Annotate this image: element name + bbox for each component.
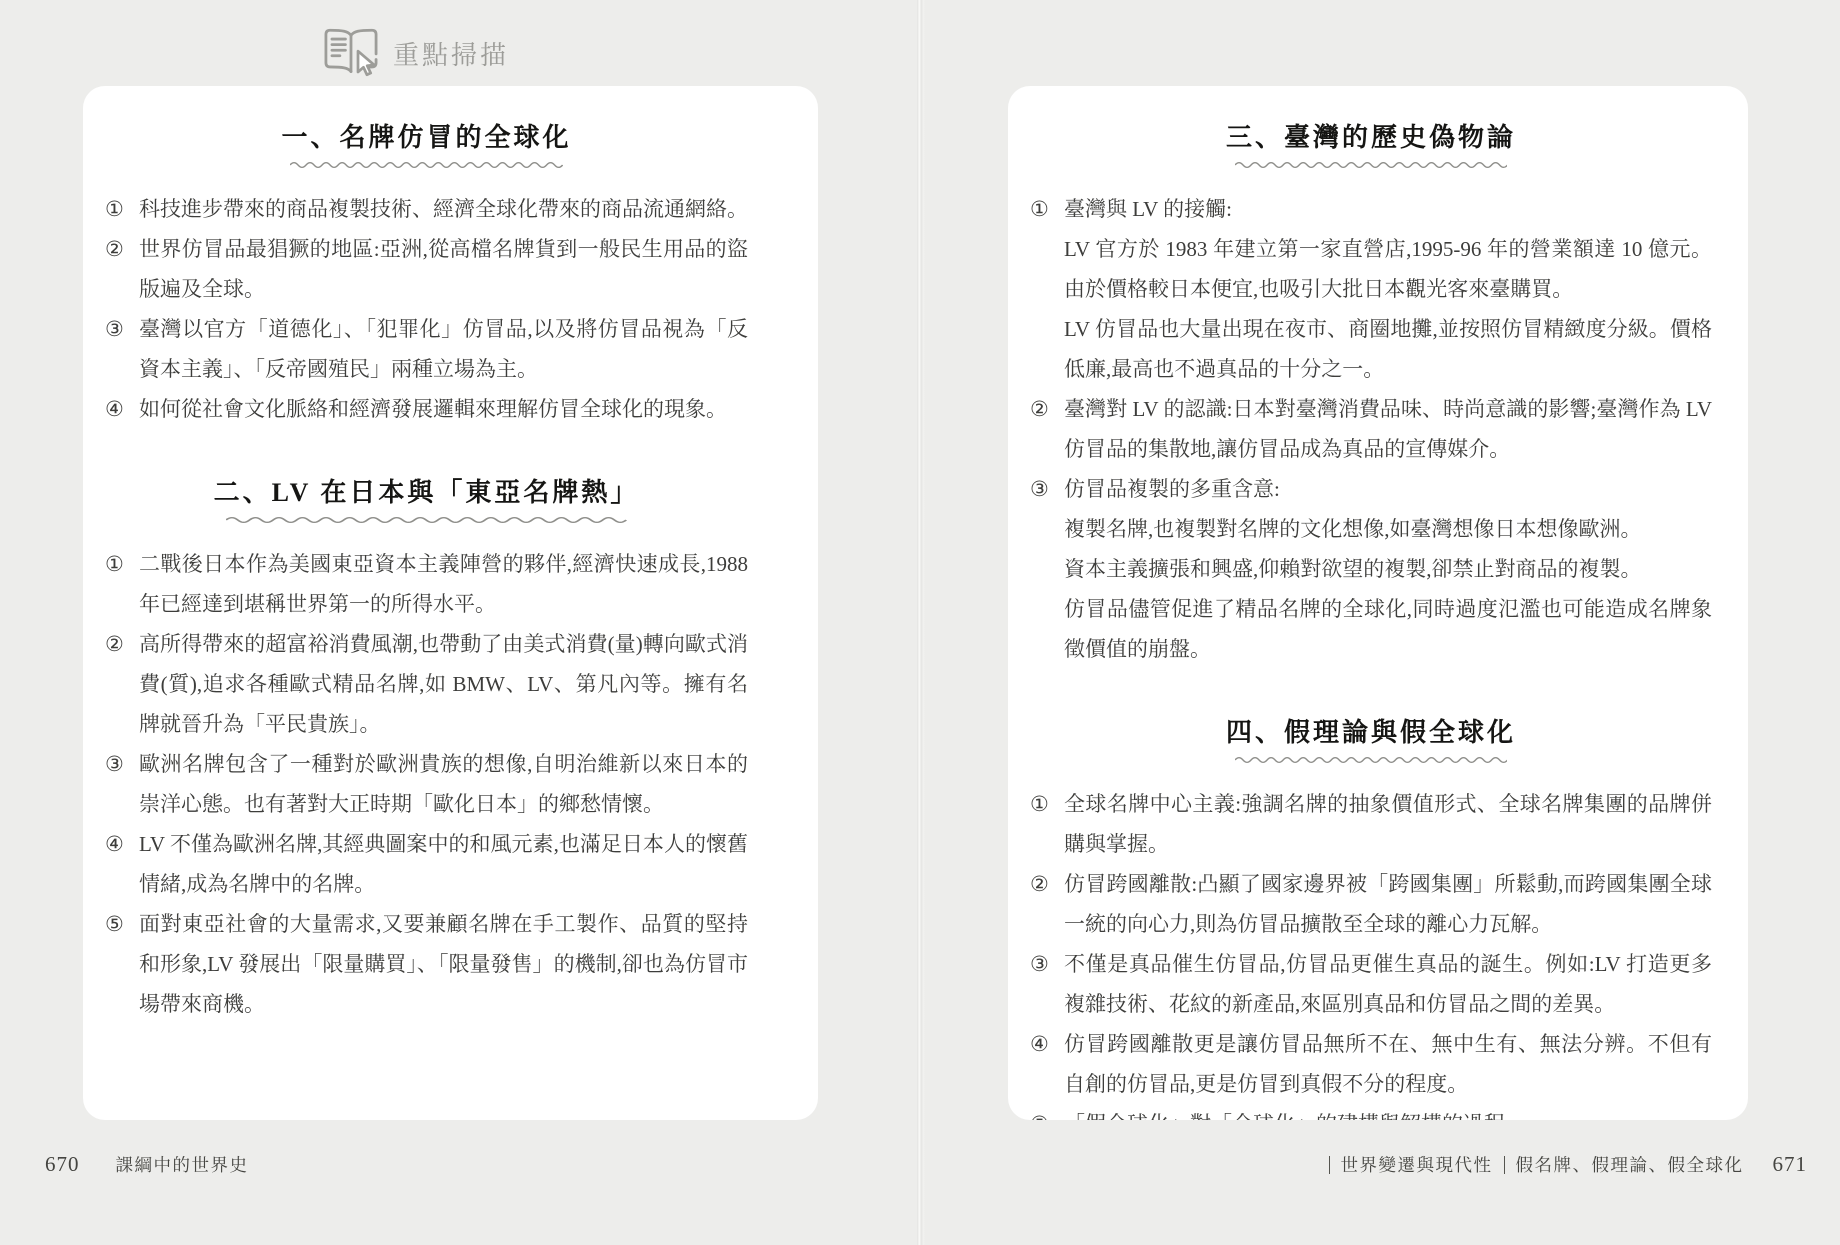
item-text: 仿冒跨國離散更是讓仿冒品無所不在、無中生有、無法分辨。不但有自創的仿冒品,更是仿… [1064,1024,1712,1104]
list-item: ② 世界仿冒品最猖獗的地區:亞洲,從高檔名牌貨到一般民生用品的盜版遍及全球。 [105,229,748,309]
list-item: ④ 仿冒跨國離散更是讓仿冒品無所不在、無中生有、無法分辨。不但有自創的仿冒品,更… [1030,1024,1712,1104]
right-footer: 世界變遷與現代性 假名牌、假理論、假全球化 671 [1327,1152,1808,1177]
item-paragraph: 世界仿冒品最猖獗的地區:亞洲,從高檔名牌貨到一般民生用品的盜版遍及全球。 [139,229,748,309]
section-title-wrap: 一、名牌仿冒的全球化 [105,120,748,169]
item-text: 臺灣對 LV 的認識:日本對臺灣消費品味、時尚意識的影響;臺灣作為 LV 仿冒品… [1064,389,1712,469]
item-number: ③ [1030,944,1064,1024]
item-paragraph: 如何從社會文化脈絡和經濟發展邏輯來理解仿冒全球化的現象。 [139,389,748,429]
item-text: 仿冒品複製的多重含意: 複製名牌,也複製對名牌的文化想像,如臺灣想像日本想像歐洲… [1064,469,1712,669]
item-paragraph: 臺灣以官方「道德化」、「犯罪化」仿冒品,以及將仿冒品視為「反資本主義」、「反帝國… [139,309,748,389]
book-title: 課綱中的世界史 [116,1152,249,1177]
book-scan-icon [322,27,380,79]
item-list: ① 臺灣與 LV 的接觸: LV 官方於 1983 年建立第一家直營店,1995… [1030,189,1712,669]
list-item: ③ 歐洲名牌包含了一種對於歐洲貴族的想像,自明治維新以來日本的崇洋心態。也有著對… [105,744,748,824]
footer-section-title: 世界變遷與現代性 [1341,1152,1493,1177]
right-content-card: 三、臺灣的歷史偽物論 ① 臺灣與 LV 的接觸: LV 官方於 1983 年建立… [1008,86,1748,1120]
item-text: 仿冒跨國離散:凸顯了國家邊界被「跨國集團」所鬆動,而跨國集團全球一統的向心力,則… [1064,864,1712,944]
item-paragraph: 二戰後日本作為美國東亞資本主義陣營的夥伴,經濟快速成長,1988 年已經達到堪稱… [139,544,748,624]
item-number: ④ [105,824,139,904]
item-number: ⑤ [105,904,139,1024]
left-page: 重點掃描 一、名牌仿冒的全球化 ① 科技進步帶來的商品複製技術、經濟全球化帶來的… [0,0,917,1245]
list-item: ④ 如何從社會文化脈絡和經濟發展邏輯來理解仿冒全球化的現象。 [105,389,748,429]
section-title: 一、名牌仿冒的全球化 [281,120,571,156]
scan-label: 重點掃描 [393,35,509,72]
item-number: ③ [1030,469,1064,669]
item-text: 歐洲名牌包含了一種對於歐洲貴族的想像,自明治維新以來日本的崇洋心態。也有著對大正… [139,744,748,824]
section-title: 三、臺灣的歷史偽物論 [1226,120,1516,156]
list-item: ② 臺灣對 LV 的認識:日本對臺灣消費品味、時尚意識的影響;臺灣作為 LV 仿… [1030,389,1712,469]
list-item: ⑤ 面對東亞社會的大量需求,又要兼顧名牌在手工製作、品質的堅持和形象,LV 發展… [105,904,748,1024]
list-item: ② 高所得帶來的超富裕消費風潮,也帶動了由美式消費(量)轉向歐式消費(質),追求… [105,624,748,744]
section-title: 四、假理論與假全球化 [1226,715,1516,751]
item-number: ① [1030,784,1064,864]
item-text: 世界仿冒品最猖獗的地區:亞洲,從高檔名牌貨到一般民生用品的盜版遍及全球。 [139,229,748,309]
section-taiwan-history-fake: 三、臺灣的歷史偽物論 ① 臺灣與 LV 的接觸: LV 官方於 1983 年建立… [1030,120,1712,669]
item-paragraph: 「假全球化」對「全球化」的建構與解構的過程。 [1064,1104,1712,1120]
item-paragraph: 歐洲名牌包含了一種對於歐洲貴族的想像,自明治維新以來日本的崇洋心態。也有著對大正… [139,744,748,824]
wavy-underline [1235,159,1508,169]
item-number: ② [105,624,139,744]
list-item: ③ 臺灣以官方「道德化」、「犯罪化」仿冒品,以及將仿冒品視為「反資本主義」、「反… [105,309,748,389]
wavy-underline [1235,754,1508,764]
item-paragraph: 仿冒品複製的多重含意: [1064,469,1712,509]
item-text: 面對東亞社會的大量需求,又要兼顧名牌在手工製作、品質的堅持和形象,LV 發展出「… [139,904,748,1024]
item-paragraph: 臺灣與 LV 的接觸: [1064,189,1712,229]
list-item: ④ LV 不僅為歐洲名牌,其經典圖案中的和風元素,也滿足日本人的懷舊情緒,成為名… [105,824,748,904]
list-item: ⑤ 「假全球化」對「全球化」的建構與解構的過程。 [1030,1104,1712,1120]
item-paragraph: 資本主義擴張和興盛,仰賴對欲望的複製,卻禁止對商品的複製。 [1064,549,1712,589]
item-text: 「假全球化」對「全球化」的建構與解構的過程。 [1064,1104,1712,1120]
divider-bar [1504,1156,1505,1174]
item-paragraph: LV 仿冒品也大量出現在夜市、商圈地攤,並按照仿冒精緻度分級。價格低廉,最高也不… [1064,309,1712,389]
item-list: ① 科技進步帶來的商品複製技術、經濟全球化帶來的商品流通網絡。 ② 世界仿冒品最… [105,189,748,429]
section-fake-theory-fake-globalization: 四、假理論與假全球化 ① 全球名牌中心主義:強調名牌的抽象價值形式、全球名牌集團… [1030,715,1712,1120]
left-footer: 670 課綱中的世界史 [45,1152,249,1177]
list-item: ② 仿冒跨國離散:凸顯了國家邊界被「跨國集團」所鬆動,而跨國集團全球一統的向心力… [1030,864,1712,944]
item-paragraph: 臺灣對 LV 的認識:日本對臺灣消費品味、時尚意識的影響;臺灣作為 LV 仿冒品… [1064,389,1712,469]
item-text: 全球名牌中心主義:強調名牌的抽象價值形式、全球名牌集團的品牌併購與掌握。 [1064,784,1712,864]
item-number: ⑤ [1030,1104,1064,1120]
list-item: ① 全球名牌中心主義:強調名牌的抽象價值形式、全球名牌集團的品牌併購與掌握。 [1030,784,1712,864]
list-item: ① 臺灣與 LV 的接觸: LV 官方於 1983 年建立第一家直營店,1995… [1030,189,1712,389]
item-text: 高所得帶來的超富裕消費風潮,也帶動了由美式消費(量)轉向歐式消費(質),追求各種… [139,624,748,744]
left-content-card: 一、名牌仿冒的全球化 ① 科技進步帶來的商品複製技術、經濟全球化帶來的商品流通網… [83,86,818,1120]
page-seam [917,0,925,1245]
item-paragraph: 仿冒跨國離散:凸顯了國家邊界被「跨國集團」所鬆動,而跨國集團全球一統的向心力,則… [1064,864,1712,944]
item-paragraph: 仿冒品儘管促進了精品名牌的全球化,同時過度氾濫也可能造成名牌象徵價值的崩盤。 [1064,589,1712,669]
list-item: ③ 不僅是真品催生仿冒品,仿冒品更催生真品的誕生。例如:LV 打造更多複雜技術、… [1030,944,1712,1024]
item-number: ② [1030,864,1064,944]
wavy-underline [290,159,563,169]
item-number: ① [1030,189,1064,389]
item-text: 不僅是真品催生仿冒品,仿冒品更催生真品的誕生。例如:LV 打造更多複雜技術、花紋… [1064,944,1712,1024]
item-text: 二戰後日本作為美國東亞資本主義陣營的夥伴,經濟快速成長,1988 年已經達到堪稱… [139,544,748,624]
item-number: ② [105,229,139,309]
item-number: ② [1030,389,1064,469]
item-number: ① [105,189,139,229]
item-text: LV 不僅為歐洲名牌,其經典圖案中的和風元素,也滿足日本人的懷舊情緒,成為名牌中… [139,824,748,904]
item-paragraph: 複製名牌,也複製對名牌的文化想像,如臺灣想像日本想像歐洲。 [1064,509,1712,549]
section-brand-counterfeit-globalization: 一、名牌仿冒的全球化 ① 科技進步帶來的商品複製技術、經濟全球化帶來的商品流通網… [105,120,748,429]
section-title-wrap: 三、臺灣的歷史偽物論 [1030,120,1712,169]
item-number: ④ [105,389,139,429]
item-number: ③ [105,309,139,389]
item-paragraph: 面對東亞社會的大量需求,又要兼顧名牌在手工製作、品質的堅持和形象,LV 發展出「… [139,904,748,1024]
scan-header-left: 重點掃描 [322,27,509,79]
section-title-wrap: 二、LV 在日本與「東亞名牌熱」 [105,475,748,524]
page-number: 671 [1773,1152,1808,1177]
divider-bar [1329,1156,1330,1174]
section-title: 二、LV 在日本與「東亞名牌熱」 [214,475,640,511]
item-number: ③ [105,744,139,824]
item-number: ④ [1030,1024,1064,1104]
item-paragraph: LV 不僅為歐洲名牌,其經典圖案中的和風元素,也滿足日本人的懷舊情緒,成為名牌中… [139,824,748,904]
item-text: 如何從社會文化脈絡和經濟發展邏輯來理解仿冒全球化的現象。 [139,389,748,429]
item-text: 臺灣以官方「道德化」、「犯罪化」仿冒品,以及將仿冒品視為「反資本主義」、「反帝國… [139,309,748,389]
item-paragraph: 全球名牌中心主義:強調名牌的抽象價值形式、全球名牌集團的品牌併購與掌握。 [1064,784,1712,864]
item-text: 臺灣與 LV 的接觸: LV 官方於 1983 年建立第一家直營店,1995-9… [1064,189,1712,389]
item-list: ① 全球名牌中心主義:強調名牌的抽象價值形式、全球名牌集團的品牌併購與掌握。 ②… [1030,784,1712,1120]
item-paragraph: 科技進步帶來的商品複製技術、經濟全球化帶來的商品流通網絡。 [139,189,748,229]
list-item: ① 科技進步帶來的商品複製技術、經濟全球化帶來的商品流通網絡。 [105,189,748,229]
page-number: 670 [45,1152,80,1177]
item-list: ① 二戰後日本作為美國東亞資本主義陣營的夥伴,經濟快速成長,1988 年已經達到… [105,544,748,1024]
item-number: ① [105,544,139,624]
item-paragraph: LV 官方於 1983 年建立第一家直營店,1995-96 年的營業額達 10 … [1064,229,1712,309]
list-item: ① 二戰後日本作為美國東亞資本主義陣營的夥伴,經濟快速成長,1988 年已經達到… [105,544,748,624]
wavy-underline [226,514,626,524]
item-text: 科技進步帶來的商品複製技術、經濟全球化帶來的商品流通網絡。 [139,189,748,229]
section-lv-japan-east-asia: 二、LV 在日本與「東亞名牌熱」 ① 二戰後日本作為美國東亞資本主義陣營的夥伴,… [105,475,748,1024]
item-paragraph: 仿冒跨國離散更是讓仿冒品無所不在、無中生有、無法分辨。不但有自創的仿冒品,更是仿… [1064,1024,1712,1104]
footer-chapter-title: 假名牌、假理論、假全球化 [1516,1152,1744,1177]
cursor-arrow-icon [358,51,374,75]
section-title-wrap: 四、假理論與假全球化 [1030,715,1712,764]
item-paragraph: 不僅是真品催生仿冒品,仿冒品更催生真品的誕生。例如:LV 打造更多複雜技術、花紋… [1064,944,1712,1024]
list-item: ③ 仿冒品複製的多重含意: 複製名牌,也複製對名牌的文化想像,如臺灣想像日本想像… [1030,469,1712,669]
right-page: 重點掃描 三、臺灣的歷史偽物論 ① 臺灣與 LV 的接觸: LV 官方於 198… [925,0,1840,1245]
item-paragraph: 高所得帶來的超富裕消費風潮,也帶動了由美式消費(量)轉向歐式消費(質),追求各種… [139,624,748,744]
